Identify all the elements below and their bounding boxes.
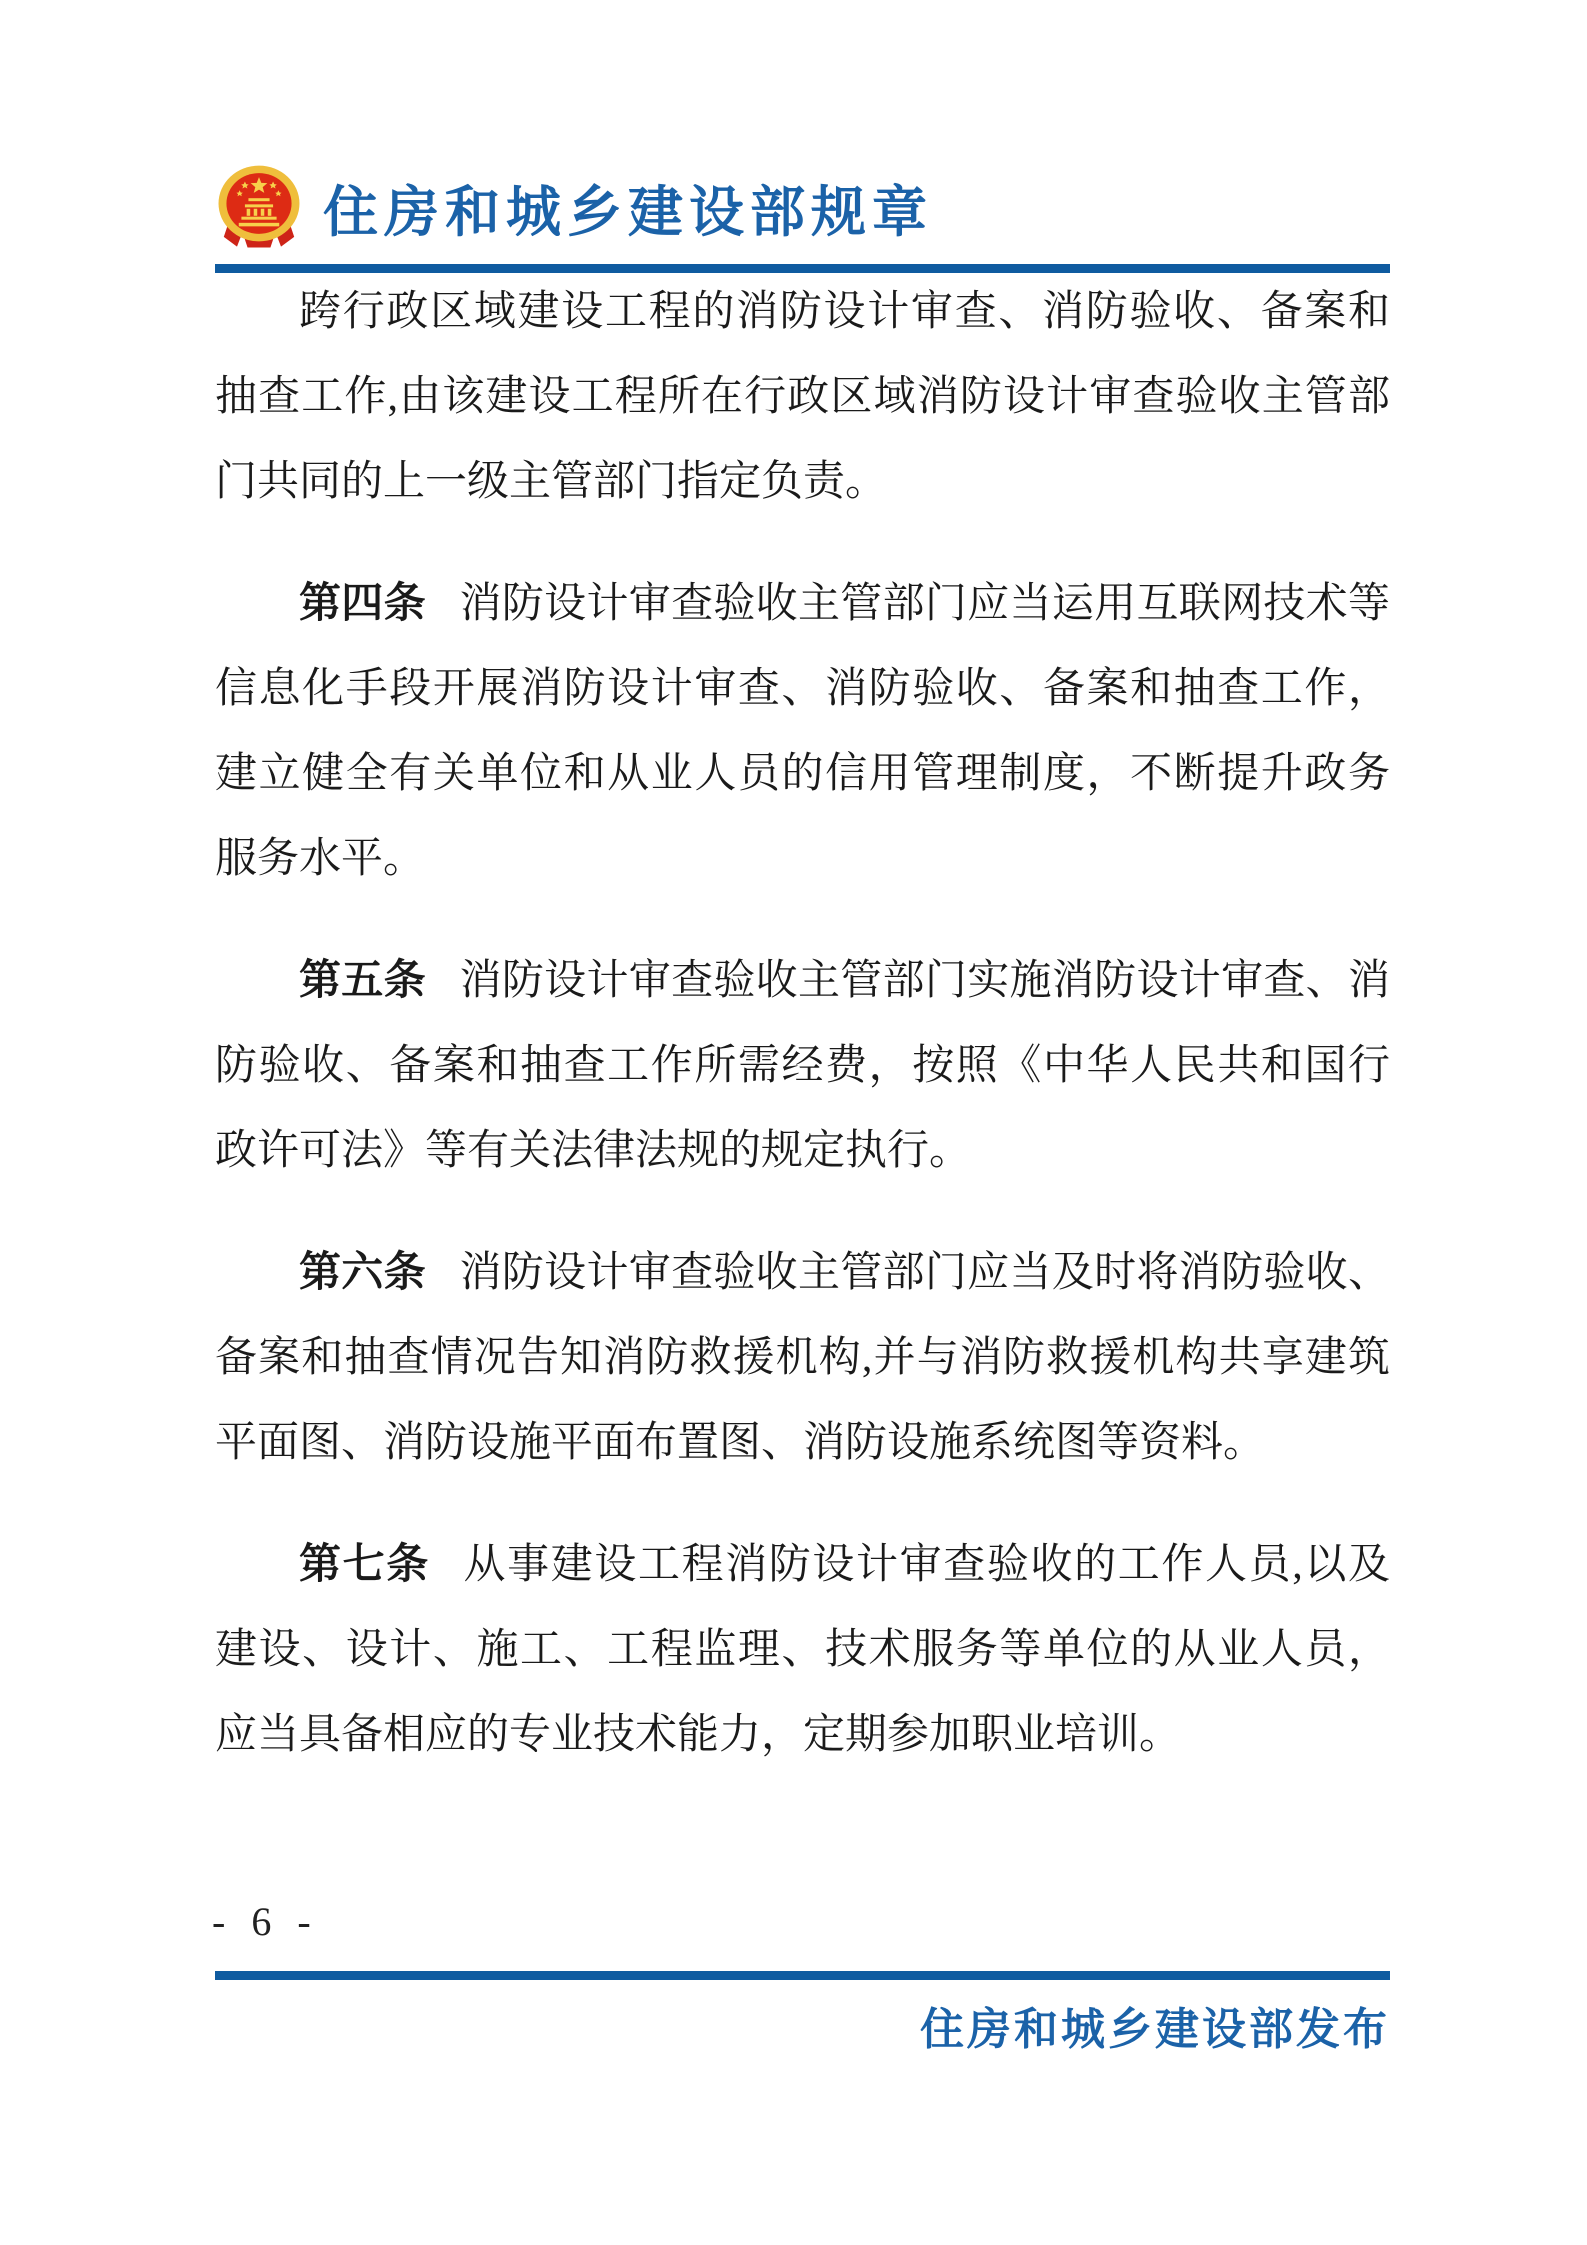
document-header: 住房和城乡建设部规章 (215, 164, 1390, 273)
paragraph-article-7: 第七条从事建设工程消防设计审查验收的工作人员,以及建设、设计、施工、工程监理、技… (215, 1521, 1390, 1778)
article-number: 第七条 (299, 1540, 430, 1587)
prc-national-emblem-icon (215, 164, 303, 250)
document-type-title: 住房和城乡建设部规章 (323, 168, 933, 247)
document-page: 住房和城乡建设部规章 跨行政区域建设工程的消防设计审查、消防验收、备案和抽查工作… (0, 0, 1587, 2245)
article-number: 第六条 (299, 1248, 426, 1295)
header-row: 住房和城乡建设部规章 (215, 164, 1390, 250)
article-text: 跨行政区域建设工程的消防设计审查、消防验收、备案和抽查工作,由该建设工程所在行政… (215, 289, 1390, 505)
article-text: 消防设计审查验收主管部门应当运用互联网技术等信息化手段开展消防设计审查、消防验收… (215, 581, 1390, 882)
article-number: 第五条 (299, 956, 426, 1003)
paragraph-article-5: 第五条消防设计审查验收主管部门实施消防设计审查、消防验收、备案和抽查工作所需经费… (215, 937, 1390, 1194)
paragraph-intro: 跨行政区域建设工程的消防设计审查、消防验收、备案和抽查工作,由该建设工程所在行政… (215, 270, 1390, 525)
article-number: 第四条 (299, 579, 426, 626)
document-body: 跨行政区域建设工程的消防设计审查、消防验收、备案和抽查工作,由该建设工程所在行政… (215, 270, 1390, 1813)
publisher-label: 住房和城乡建设部发布 (920, 1993, 1390, 2057)
footer-divider (215, 1971, 1390, 1980)
paragraph-article-6: 第六条消防设计审查验收主管部门应当及时将消防验收、备案和抽查情况告知消防救援机构… (215, 1229, 1390, 1486)
page-number: - 6 - (212, 1898, 319, 1945)
paragraph-article-4: 第四条消防设计审查验收主管部门应当运用互联网技术等信息化手段开展消防设计审查、消… (215, 560, 1390, 902)
